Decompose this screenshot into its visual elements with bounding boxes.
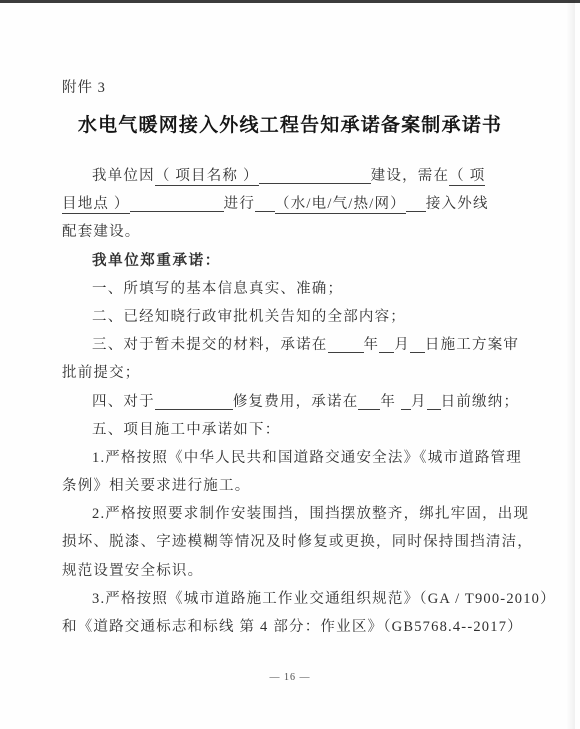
text-segment: 月: [411, 394, 427, 410]
text-segment: 修复费用，承诺在: [233, 394, 359, 410]
document-page: 附件 3 水电气暖网接入外线工程告知承诺备案制承诺书 我单位因（ 项目名称 ）建…: [0, 0, 580, 729]
text-segment: 二、已经知晓行政审批机关告知的全部内容；: [92, 309, 406, 325]
doc-line: 二、已经知晓行政审批机关告知的全部内容；: [62, 303, 518, 331]
doc-line: 损坏、脱漆、字迹模糊等情况及时修复或更换，同时保持围挡清洁，: [62, 528, 518, 556]
fill-in-blank: [427, 396, 441, 410]
fill-in-blank: [379, 339, 394, 353]
doc-line: 三、对于暂未提交的材料，承诺在年月日施工方案审: [62, 331, 518, 359]
text-segment: 接入外线: [426, 196, 489, 212]
text-segment: 五、项目施工中承诺如下：: [92, 422, 280, 438]
fill-in-blank: [401, 396, 411, 410]
doc-line: 我单位郑重承诺：: [62, 247, 518, 275]
underlined-text: （水/电/气/热/网）: [275, 196, 406, 214]
doc-line: 规范设置安全标识。: [62, 557, 518, 585]
text-segment: 和《道路交通标志和标线 第 4 部分：作业区》（GB5768.4--2017）: [62, 619, 523, 635]
document-content: 附件 3 水电气暖网接入外线工程告知承诺备案制承诺书 我单位因（ 项目名称 ）建…: [0, 0, 580, 683]
attachment-label: 附件 3: [62, 76, 518, 97]
text-segment: 进行: [224, 196, 255, 212]
doc-line: 2.严格按照要求制作安装围挡，围挡摆放整齐，绑扎牢固，出现: [62, 500, 518, 528]
text-segment: 年: [380, 394, 401, 410]
doc-line: 我单位因（ 项目名称 ）建设，需在（ 项: [62, 162, 518, 190]
doc-line: 批前提交；: [62, 359, 518, 387]
underlined-text: （ 项目名称 ）: [155, 168, 259, 186]
text-segment: 规范设置安全标识。: [62, 563, 203, 579]
text-segment: 年: [364, 337, 380, 353]
fill-in-blank: [155, 396, 233, 410]
doc-line: 1.严格按照《中华人民共和国道路交通安全法》《城市道路管理: [62, 444, 518, 472]
text-segment: 三、对于暂未提交的材料，承诺在: [92, 337, 328, 353]
fill-in-blank: [358, 396, 380, 410]
document-title: 水电气暖网接入外线工程告知承诺备案制承诺书: [62, 110, 518, 137]
fill-in-blank: [130, 198, 224, 212]
text-segment: 配套建设。: [62, 224, 141, 240]
doc-line: 四、对于修复费用，承诺在年 月日前缴纳；: [62, 388, 518, 416]
doc-line: 配套建设。: [62, 218, 518, 246]
fill-in-blank: [255, 198, 275, 212]
text-segment: 1.严格按照《中华人民共和国道路交通安全法》《城市道路管理: [92, 450, 522, 466]
text-segment: 3.严格按照《城市道路施工作业交通组织规范》（GA / T900-2010）: [92, 591, 556, 607]
doc-line: 一、所填写的基本信息真实、准确；: [62, 275, 518, 303]
fill-in-blank: [328, 339, 364, 353]
text-segment: 2.严格按照要求制作安装围挡，围挡摆放整齐，绑扎牢固，出现: [92, 506, 529, 522]
text-segment: 四、对于: [92, 394, 155, 410]
fill-in-blank: [406, 198, 426, 212]
text-segment: 日前缴纳；: [441, 394, 520, 410]
doc-line: 和《道路交通标志和标线 第 4 部分：作业区》（GB5768.4--2017）: [62, 613, 518, 641]
underlined-text: （ 项: [449, 168, 485, 186]
document-lines: 我单位因（ 项目名称 ）建设，需在（ 项目地点 ）进行（水/电/气/热/网）接入…: [62, 162, 518, 641]
underlined-text: 目地点 ）: [62, 196, 130, 214]
doc-line: 目地点 ）进行（水/电/气/热/网）接入外线: [62, 190, 518, 218]
text-segment: 日施工方案审: [425, 337, 519, 353]
fill-in-blank: [259, 170, 371, 184]
text-segment: 建设，需在: [371, 168, 450, 184]
text-segment: 损坏、脱漆、字迹模糊等情况及时修复或更换，同时保持围挡清洁，: [62, 534, 533, 550]
page-number: — 16 —: [62, 672, 518, 683]
text-segment: 月: [394, 337, 410, 353]
text-segment: 我单位郑重承诺：: [92, 253, 221, 269]
doc-line: 条例》相关要求进行施工。: [62, 472, 518, 500]
text-segment: 我单位因: [92, 168, 155, 184]
doc-line: 五、项目施工中承诺如下：: [62, 416, 518, 444]
text-segment: 一、所填写的基本信息真实、准确；: [92, 281, 343, 297]
doc-line: 3.严格按照《城市道路施工作业交通组织规范》（GA / T900-2010）: [62, 585, 518, 613]
text-segment: 批前提交；: [62, 365, 141, 381]
fill-in-blank: [410, 339, 425, 353]
text-segment: 条例》相关要求进行施工。: [62, 478, 250, 494]
